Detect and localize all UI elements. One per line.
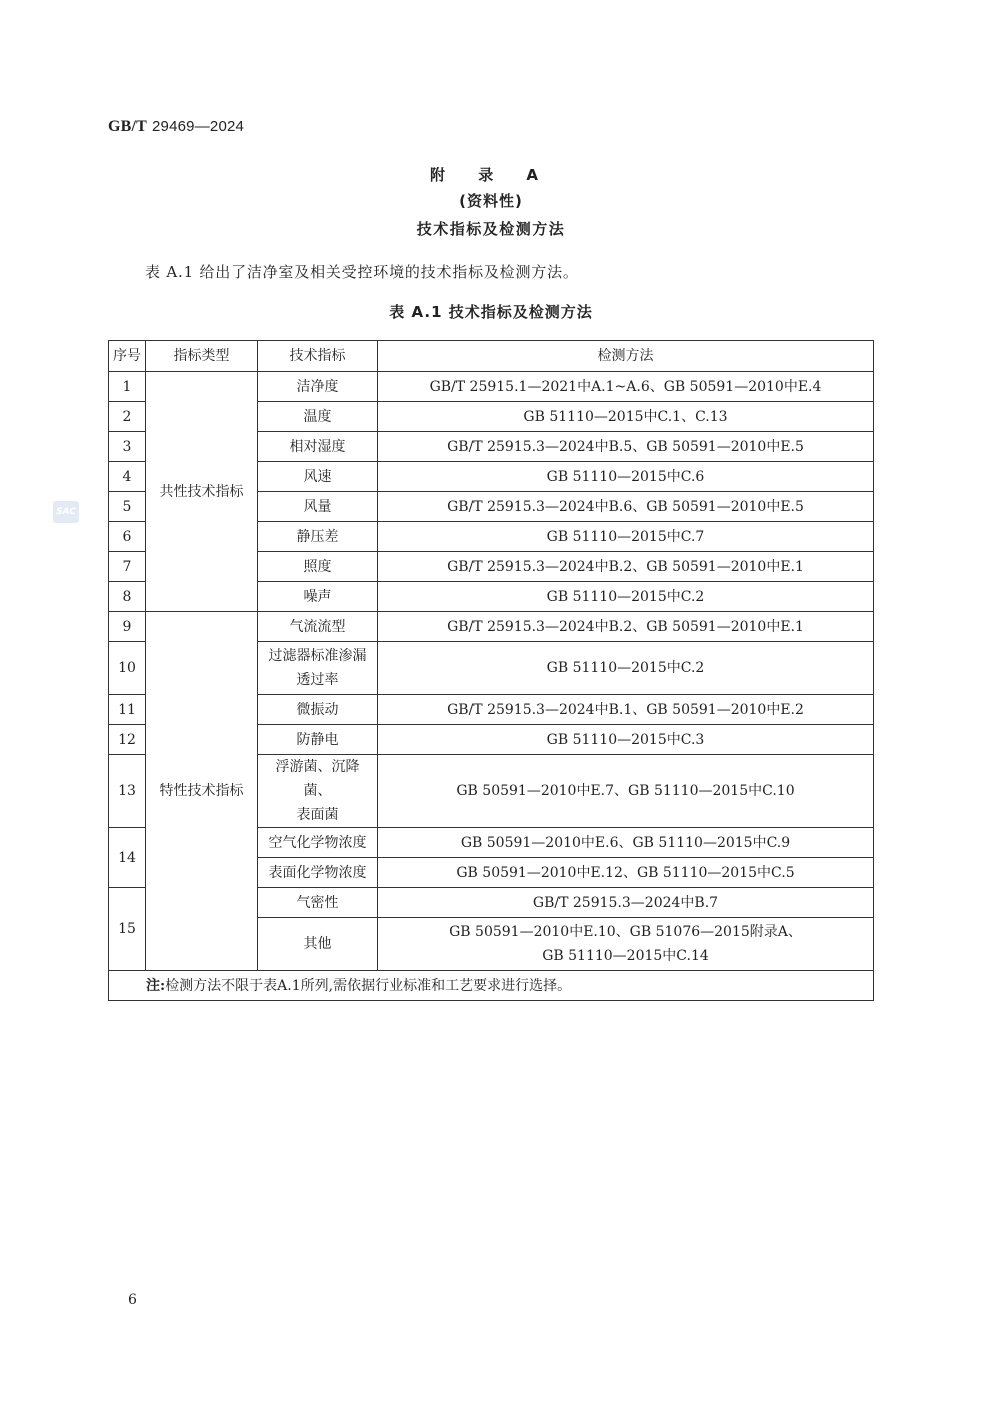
header-indicator: 技术指标: [258, 341, 378, 372]
row-no: 11: [109, 695, 146, 725]
row-method: GB 51110—2015中C.1、C.13: [378, 402, 874, 432]
row-indicator: 表面化学物浓度: [258, 858, 378, 888]
table-note-row: 注:检测方法不限于表A.1所列,需依据行业标准和工艺要求进行选择。: [109, 971, 874, 1001]
row-no: 15: [109, 888, 146, 971]
intro-paragraph: 表 A.1 给出了洁净室及相关受控环境的技术指标及检测方法。: [145, 261, 579, 282]
row-indicator: 气密性: [258, 888, 378, 918]
row-indicator: 风速: [258, 462, 378, 492]
header-type: 指标类型: [146, 341, 258, 372]
row-method: GB 51110—2015中C.2: [378, 582, 874, 612]
header-no: 序号: [109, 341, 146, 372]
indicators-table: 序号 指标类型 技术指标 检测方法 1 共性技术指标 洁净度 GB/T 2591…: [108, 340, 874, 1001]
row-method: GB/T 25915.3—2024中B.6、GB 50591—2010中E.5: [378, 492, 874, 522]
standard-code: 29469—2024: [152, 118, 244, 135]
row-indicator: 洁净度: [258, 372, 378, 402]
row-method: GB 51110—2015中C.3: [378, 725, 874, 755]
group-common: 共性技术指标: [146, 372, 258, 612]
standard-number: GB/T 29469—2024: [108, 117, 244, 136]
row-no: 5: [109, 492, 146, 522]
row-no: 8: [109, 582, 146, 612]
row-method: GB/T 25915.3—2024中B.2、GB 50591—2010中E.1: [378, 612, 874, 642]
table-caption: 表 A.1 技术指标及检测方法: [0, 301, 982, 322]
row-method: GB/T 25915.3—2024中B.2、GB 50591—2010中E.1: [378, 552, 874, 582]
row-indicator: 浮游菌、沉降菌、表面菌: [258, 755, 378, 828]
sac-watermark-logo: SAC: [53, 501, 79, 523]
row-indicator: 噪声: [258, 582, 378, 612]
row-indicator: 风量: [258, 492, 378, 522]
appendix-heading: 技术指标及检测方法: [0, 218, 982, 239]
row-no: 3: [109, 432, 146, 462]
row-method: GB/T 25915.1—2021中A.1~A.6、GB 50591—2010中…: [378, 372, 874, 402]
row-no: 2: [109, 402, 146, 432]
row-no: 10: [109, 642, 146, 695]
row-indicator: 气流流型: [258, 612, 378, 642]
row-no: 1: [109, 372, 146, 402]
table-row: 9 特性技术指标 气流流型 GB/T 25915.3—2024中B.2、GB 5…: [109, 612, 874, 642]
method-line: GB 51110—2015中C.14: [382, 944, 869, 968]
table-row: 1 共性技术指标 洁净度 GB/T 25915.1—2021中A.1~A.6、G…: [109, 372, 874, 402]
row-method: GB 51110—2015中C.2: [378, 642, 874, 695]
note-label: 注:: [146, 978, 165, 994]
row-method: GB 51110—2015中C.6: [378, 462, 874, 492]
indicator-line: 过滤器标准渗漏: [262, 644, 373, 668]
row-indicator: 过滤器标准渗漏透过率: [258, 642, 378, 695]
row-method: GB 50591—2010中E.6、GB 51110—2015中C.9: [378, 828, 874, 858]
indicator-line: 浮游菌、沉降菌、: [262, 755, 373, 803]
row-indicator: 相对湿度: [258, 432, 378, 462]
note-text: 检测方法不限于表A.1所列,需依据行业标准和工艺要求进行选择。: [165, 978, 571, 994]
row-indicator: 照度: [258, 552, 378, 582]
page-number: 6: [128, 1292, 137, 1308]
row-indicator: 空气化学物浓度: [258, 828, 378, 858]
row-method: GB/T 25915.3—2024中B.1、GB 50591—2010中E.2: [378, 695, 874, 725]
row-method: GB/T 25915.3—2024中B.5、GB 50591—2010中E.5: [378, 432, 874, 462]
table-header-row: 序号 指标类型 技术指标 检测方法: [109, 341, 874, 372]
row-no: 7: [109, 552, 146, 582]
row-no: 12: [109, 725, 146, 755]
standard-prefix: GB/T: [108, 118, 147, 135]
appendix-title: 附 录 A: [0, 164, 982, 185]
group-specific: 特性技术指标: [146, 612, 258, 971]
row-method: GB/T 25915.3—2024中B.7: [378, 888, 874, 918]
method-line: GB 50591—2010中E.10、GB 51076—2015附录A、: [382, 920, 869, 944]
row-no: 6: [109, 522, 146, 552]
row-method: GB 50591—2010中E.10、GB 51076—2015附录A、GB 5…: [378, 918, 874, 971]
row-indicator: 微振动: [258, 695, 378, 725]
row-method: GB 51110—2015中C.7: [378, 522, 874, 552]
row-no: 14: [109, 828, 146, 888]
row-no: 9: [109, 612, 146, 642]
row-no: 13: [109, 755, 146, 828]
indicator-line: 透过率: [262, 668, 373, 692]
row-indicator: 温度: [258, 402, 378, 432]
row-indicator: 其他: [258, 918, 378, 971]
row-method: GB 50591—2010中E.7、GB 51110—2015中C.10: [378, 755, 874, 828]
row-indicator: 防静电: [258, 725, 378, 755]
row-method: GB 50591—2010中E.12、GB 51110—2015中C.5: [378, 858, 874, 888]
indicator-line: 表面菌: [262, 803, 373, 827]
row-indicator: 静压差: [258, 522, 378, 552]
appendix-nature: (资料性): [0, 190, 982, 211]
header-method: 检测方法: [378, 341, 874, 372]
table-note: 注:检测方法不限于表A.1所列,需依据行业标准和工艺要求进行选择。: [109, 971, 874, 1001]
row-no: 4: [109, 462, 146, 492]
